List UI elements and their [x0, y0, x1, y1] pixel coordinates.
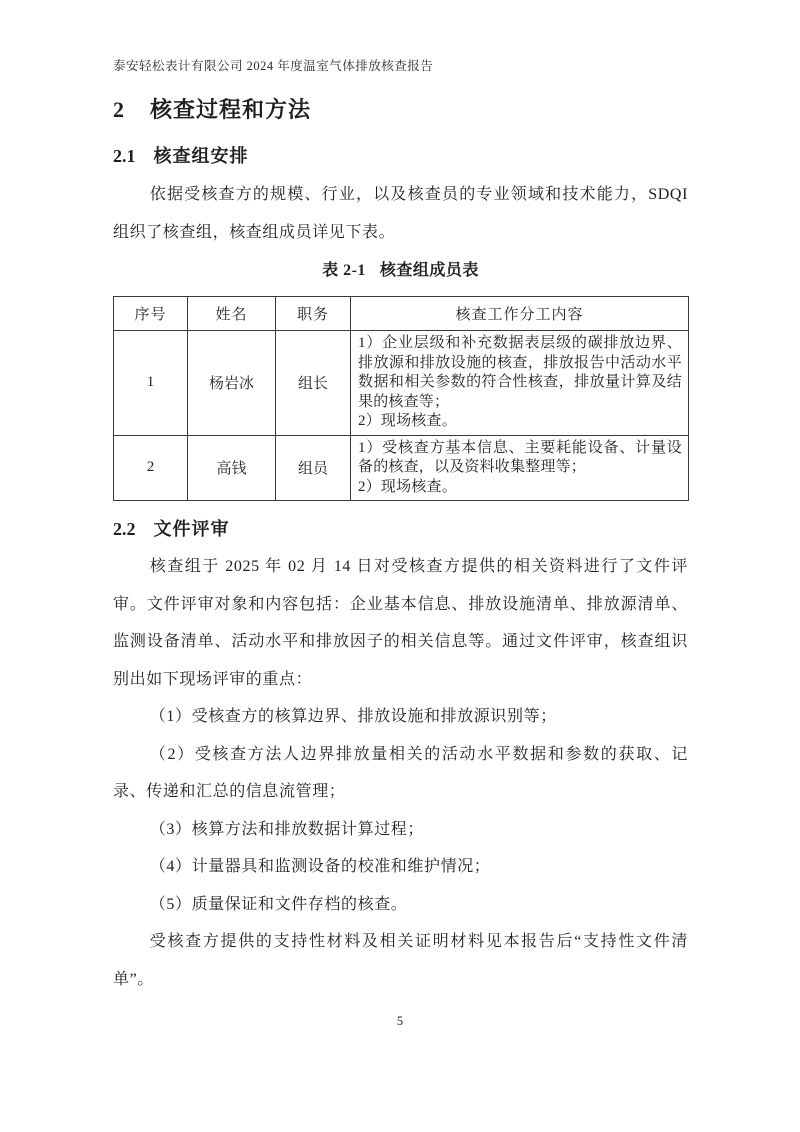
duty-line-2: 2）现场核查。: [358, 478, 682, 498]
review-focus-item-3: （3）核算方法和排放数据计算过程；: [113, 811, 688, 849]
section-2-2-paragraph-2: 受核查方提供的支持性材料及相关证明材料见本报告后“支持性文件清单”。: [113, 923, 688, 998]
page-content: 泰安轻松表计有限公司 2024 年度温室气体排放核查报告 2核查过程和方法 2.…: [113, 0, 688, 998]
table-caption: 表 2-1核查组成员表: [113, 259, 688, 283]
section-2-1-paragraph: 依据受核查方的规模、行业，以及核查员的专业领域和技术能力，SDQI 组织了核查组…: [113, 176, 688, 251]
cell-no: 2: [114, 435, 188, 501]
document-page: 泰安轻松表计有限公司 2024 年度温室气体排放核查报告 2核查过程和方法 2.…: [0, 0, 800, 1132]
section-2-2-number: 2.2: [113, 519, 136, 539]
col-header-no: 序号: [114, 297, 188, 331]
section-2-1-number: 2.1: [113, 146, 136, 166]
table-row: 2 高钱 组员 1）受核查方基本信息、主要耗能设备、计量设备的核查，以及资料收集…: [114, 435, 689, 501]
section-2-title: 核查过程和方法: [150, 97, 311, 122]
col-header-role: 职务: [276, 297, 351, 331]
cell-name: 杨岩冰: [188, 331, 276, 436]
duty-line-1: 1）受核查方基本信息、主要耗能设备、计量设备的核查，以及资料收集整理等；: [358, 439, 682, 478]
review-focus-item-1: （1）受核查方的核算边界、排放设施和排放源识别等；: [113, 698, 688, 736]
review-focus-item-4: （4）计量器具和监测设备的校准和维护情况；: [113, 848, 688, 886]
verification-team-table: 序号 姓名 职务 核查工作分工内容 1 杨岩冰 组长 1）企业层级和补充数据表层…: [113, 296, 689, 501]
section-2-2-title: 文件评审: [154, 519, 230, 539]
section-2-2-heading: 2.2文件评审: [113, 517, 688, 541]
cell-role: 组员: [276, 435, 351, 501]
page-number: 5: [0, 1014, 800, 1029]
review-focus-item-5: （5）质量保证和文件存档的核查。: [113, 886, 688, 924]
section-2-1-heading: 2.1核查组安排: [113, 144, 688, 168]
col-header-name: 姓名: [188, 297, 276, 331]
running-header: 泰安轻松表计有限公司 2024 年度温室气体排放核查报告: [113, 0, 688, 74]
section-2-heading: 2核查过程和方法: [113, 96, 688, 124]
table-header-row: 序号 姓名 职务 核查工作分工内容: [114, 297, 689, 331]
col-header-duty: 核查工作分工内容: [351, 297, 689, 331]
cell-name: 高钱: [188, 435, 276, 501]
cell-duty: 1）企业层级和补充数据表层级的碳排放边界、排放源和排放设施的核查，排放报告中活动…: [351, 331, 689, 436]
section-2-1-title: 核查组安排: [154, 146, 249, 166]
cell-duty: 1）受核查方基本信息、主要耗能设备、计量设备的核查，以及资料收集整理等； 2）现…: [351, 435, 689, 501]
table-caption-title: 核查组成员表: [380, 262, 479, 279]
section-2-number: 2: [113, 97, 124, 122]
table-caption-number: 表 2-1: [322, 262, 366, 279]
cell-role: 组长: [276, 331, 351, 436]
duty-line-2: 2）现场核查。: [358, 412, 682, 432]
duty-line-1: 1）企业层级和补充数据表层级的碳排放边界、排放源和排放设施的核查，排放报告中活动…: [358, 334, 682, 412]
cell-no: 1: [114, 331, 188, 436]
review-focus-item-2: （2）受核查方法人边界排放量相关的活动水平数据和参数的获取、记录、传递和汇总的信…: [113, 736, 688, 811]
section-2-2-paragraph-1: 核查组于 2025 年 02 月 14 日对受核查方提供的相关资料进行了文件评审…: [113, 548, 688, 698]
table-row: 1 杨岩冰 组长 1）企业层级和补充数据表层级的碳排放边界、排放源和排放设施的核…: [114, 331, 689, 436]
